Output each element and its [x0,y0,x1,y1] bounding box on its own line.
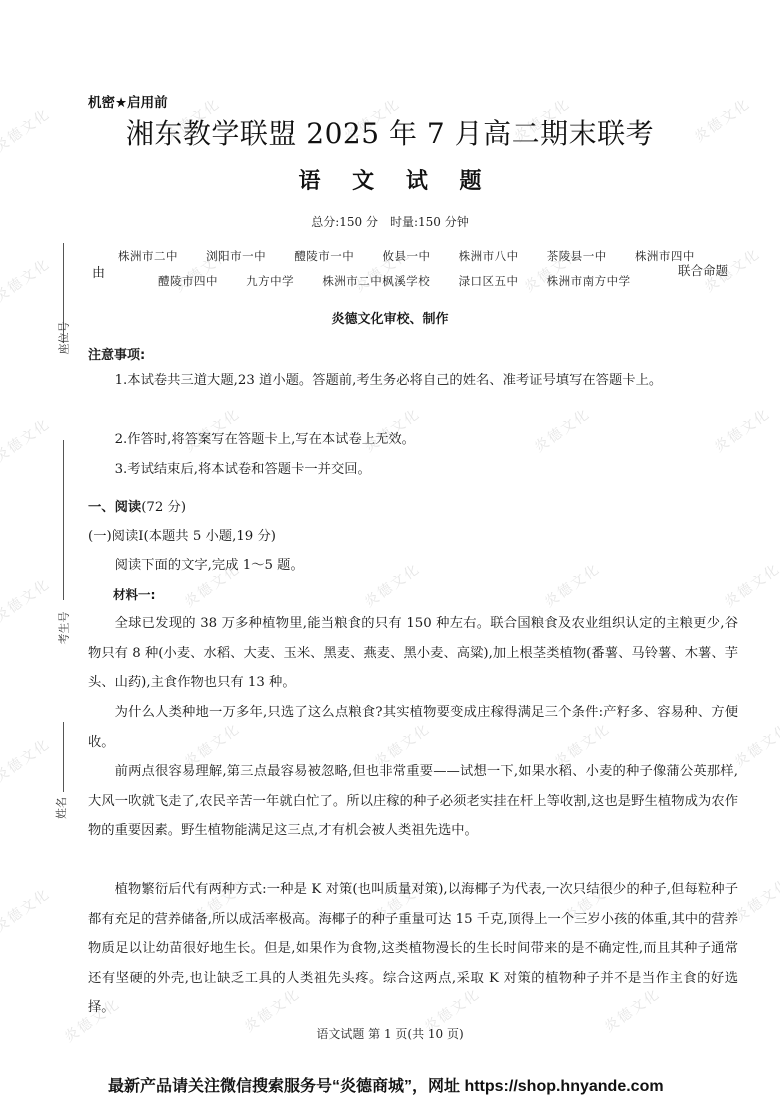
school: 株洲市二中枫溪学校 [322,274,430,288]
school: 醴陵市一中 [294,249,354,263]
school: 株洲市八中 [459,249,519,263]
school: 株洲市南方中学 [547,274,631,288]
schools-line-1: 株洲市二中 浏阳市一中 醴陵市一中 攸县一中 株洲市八中 茶陵县一中 株洲市四中 [118,248,709,264]
body-paragraph-2: 为什么人类种地一万多年,只选了这么点粮食?其实植物要变成庄稼得满足三个条件:产籽… [88,698,738,757]
exam-number-line [63,440,64,600]
exam-number-label: 考生号 [56,612,72,645]
promo-banner: 最新产品请关注微信搜索服务号“炎德商城”，网址 https://shop.hny… [108,1073,664,1096]
subject-title: 语 文 试 题 [0,164,780,195]
section-heading-score: (72 分) [141,500,186,515]
material-label: 材料一: [88,580,738,610]
section-heading-title: 一、阅读 [88,500,141,515]
subsection-heading: (一)阅读Ⅰ(本题共 5 小题,19 分) [88,522,738,552]
body-paragraph-3: 前两点很容易理解,第三点最容易被忽略,但也非常重要——试想一下,如果水稻、小麦的… [88,757,738,846]
exam-title: 湘东教学联盟 2025 年 7 月高二期末联考 [0,112,780,152]
school: 茶陵县一中 [547,249,607,263]
page-number: 语文试题 第 1 页(共 10 页) [0,1025,780,1042]
body-paragraph-1: 全球已发现的 38 万多种植物里,能当粮食的只有 150 种左右。联合国粮食及农… [88,609,738,698]
name-line [63,722,64,792]
schools-prefix: 由 [92,262,105,281]
notice-item-1: 1.本试卷共三道大题,23 道小题。答题前,考生务必将自己的姓名、准考证号填写在… [88,366,738,396]
schools-line-2: 醴陵市四中 九方中学 株洲市二中枫溪学校 渌口区五中 株洲市南方中学 [158,273,645,289]
notice-heading: 注意事项: [88,344,145,363]
exam-page: 座位号 考生号 姓名 机密★启用前 湘东教学联盟 2025 年 7 月高二期末联… [0,0,780,1104]
notice-item-3: 3.考试结束后,将本试卷和答题卡一并交回。 [88,455,738,485]
joint-proposition-label: 联合命题 [678,261,728,279]
school: 浏阳市一中 [206,249,266,263]
reading-instruction: 阅读下面的文字,完成 1～5 题。 [88,551,738,581]
school: 醴陵市四中 [158,274,218,288]
body-paragraph-4: 植物繁衍后代有两种方式:一种是 K 对策(也叫质量对策),以海椰子为代表,一次只… [88,875,738,1023]
school: 渌口区五中 [458,274,518,288]
name-label: 姓名 [53,797,69,819]
school: 九方中学 [246,274,294,288]
producer-line: 炎德文化审校、制作 [0,308,780,327]
exam-info: 总分:150 分 时量:150 分钟 [0,213,780,230]
section-heading: 一、阅读(72 分) [88,493,738,523]
school: 株洲市二中 [118,249,178,263]
school: 攸县一中 [382,249,430,263]
confidential-mark: 机密★启用前 [88,91,168,111]
notice-item-2: 2.作答时,将答案写在答题卡上,写在本试卷上无效。 [88,425,738,455]
